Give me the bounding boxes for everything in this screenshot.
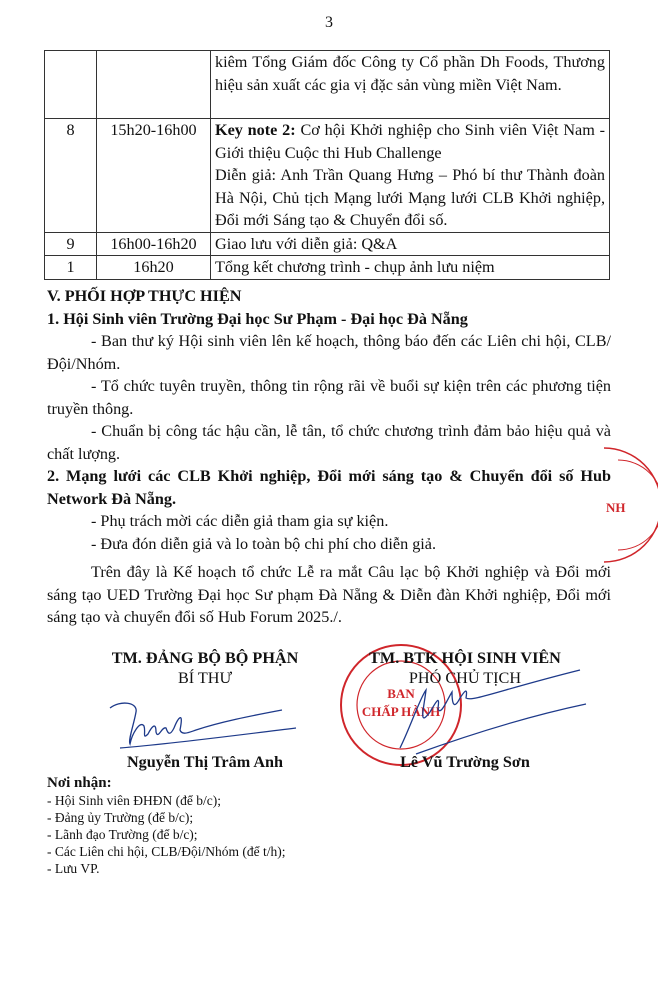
row-number: 1 — [45, 256, 97, 280]
signature-left-icon — [100, 690, 300, 750]
row-content: Key note 2: Cơ hội Khởi nghiệp cho Sinh … — [211, 119, 610, 233]
page-number: 3 — [0, 14, 658, 32]
list-item: - Lưu VP. — [47, 860, 285, 877]
list-item: - Ban thư ký Hội sinh viên lên kế hoạch,… — [47, 330, 611, 375]
list-item: - Hội Sinh viên ĐHĐN (để b/c); — [47, 792, 285, 809]
row-number: 8 — [45, 119, 97, 233]
subsection-2-heading: 2. Mạng lưới các CLB Khởi nghiệp, Đổi mớ… — [47, 465, 611, 510]
row-number: 9 — [45, 232, 97, 256]
row-content: kiêm Tổng Giám đốc Công ty Cổ phần Dh Fo… — [211, 51, 610, 119]
table-row: 9 16h00-16h20 Giao lưu với diễn giả: Q&A — [45, 232, 610, 256]
subsection-1-heading: 1. Hội Sinh viên Trường Đại học Sư Phạm … — [47, 308, 611, 331]
row-time: 15h20-16h00 — [97, 119, 211, 233]
row-time — [97, 51, 211, 119]
list-item: - Các Liên chi hội, CLB/Đội/Nhóm (để t/h… — [47, 843, 285, 860]
list-item: - Tổ chức tuyên truyền, thông tin rộng r… — [47, 375, 611, 420]
table-row: 8 15h20-16h00 Key note 2: Cơ hội Khởi ng… — [45, 119, 610, 233]
closing-paragraph: Trên đây là Kế hoạch tổ chức Lễ ra mắt C… — [47, 561, 611, 629]
agenda-table: kiêm Tổng Giám đốc Công ty Cổ phần Dh Fo… — [44, 50, 610, 280]
signature-right-icon — [390, 668, 590, 758]
list-item: - Phụ trách mời các diễn giả tham gia sự… — [47, 510, 611, 533]
table-row: kiêm Tổng Giám đốc Công ty Cổ phần Dh Fo… — [45, 51, 610, 119]
row-content: Tổng kết chương trình - chụp ảnh lưu niệ… — [211, 256, 610, 280]
row-time: 16h20 — [97, 256, 211, 280]
section-heading: V. PHỐI HỢP THỰC HIỆN — [47, 285, 611, 308]
list-item: - Lãnh đạo Trường (để b/c); — [47, 826, 285, 843]
section-coordination: V. PHỐI HỢP THỰC HIỆN 1. Hội Sinh viên T… — [47, 285, 611, 629]
table-row: 1 16h20 Tổng kết chương trình - chụp ảnh… — [45, 256, 610, 280]
list-item: - Chuẩn bị công tác hậu cần, lễ tân, tổ … — [47, 420, 611, 465]
signer-org: TM. ĐẢNG BỘ BỘ PHẬN — [100, 648, 310, 668]
speaker-info: Diễn giả: Anh Trần Quang Hưng – Phó bí t… — [215, 166, 605, 229]
row-time: 16h00-16h20 — [97, 232, 211, 256]
list-item: - Đưa đón diễn giả và lo toàn bộ chi phí… — [47, 533, 611, 556]
row-number — [45, 51, 97, 119]
edge-stamp-icon: NH — [600, 440, 658, 570]
signer-org: TM. BTK HỘI SINH VIÊN — [350, 648, 580, 668]
signer-role: BÍ THƯ — [100, 668, 310, 688]
signer-name: Nguyễn Thị Trâm Anh — [100, 752, 310, 772]
recipients: Nơi nhận: - Hội Sinh viên ĐHĐN (để b/c);… — [47, 775, 285, 877]
recipients-title: Nơi nhận: — [47, 775, 285, 792]
keynote-label: Key note 2: — [215, 121, 296, 139]
list-item: - Đảng ủy Trường (để b/c); — [47, 809, 285, 826]
row-content: Giao lưu với diễn giả: Q&A — [211, 232, 610, 256]
svg-text:NH: NH — [606, 500, 626, 515]
